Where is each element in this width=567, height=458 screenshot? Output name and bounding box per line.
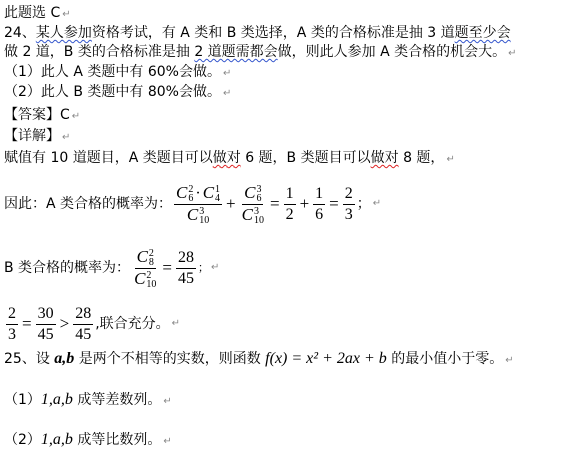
paragraph-mark-icon: ↵ [172, 315, 180, 333]
text: （1） [4, 392, 41, 408]
comparison-line: 23 = 3045 > 2845 ,联合充分。↵ [4, 300, 180, 348]
fraction: 16 [313, 184, 325, 225]
grammar-flag[interactable]: 题至少会 [455, 25, 511, 41]
text: ； [198, 259, 209, 277]
answer-line: 【答案】C↵ [4, 106, 80, 126]
paragraph-mark-icon: ↵ [223, 68, 231, 79]
paragraph-mark-icon: ↵ [62, 9, 70, 20]
answer-line-prev: 此题选 C↵ [4, 4, 71, 24]
text: 25、设 [4, 351, 54, 367]
fraction: 2845 [73, 304, 93, 345]
a-probability-formula: C26·C14 C310 + C36 C310 = 12 + 16 = 23 [172, 182, 357, 226]
text: 做，则此人参加 A 类合格的机会大。 [278, 44, 506, 60]
detail-label: 【详解】↵ [4, 127, 70, 147]
text: 此题选 C [4, 5, 60, 21]
b-probability-formula: C28 C210 = 2845 [130, 247, 198, 290]
text: 成等比数列。 [73, 432, 161, 448]
fraction: C26·C14 C310 [174, 183, 222, 226]
text: 8 题， [399, 150, 445, 166]
text: 资格考试，有 A 类和 B 类选择，A 类的合格标准是抽 3 道 [92, 25, 455, 41]
comparison-formula: 23 = 3045 > 2845 [4, 304, 95, 345]
grammar-flag[interactable]: 某人参加 [36, 25, 92, 41]
paragraph-mark-icon: ↵ [163, 436, 171, 447]
text: B 类合格的概率为： [4, 259, 130, 277]
math-vars: 1,a,b [41, 431, 73, 448]
text: （2）此人 B 类题中有 80%会做。 [4, 84, 221, 100]
condition-1: （1）此人 A 类题中有 60%会做。↵ [4, 63, 231, 83]
fraction: 2845 [176, 248, 196, 289]
text: ； [357, 182, 371, 226]
paragraph-mark-icon: ↵ [62, 132, 70, 143]
text: 6 题，B 类题目可以 [241, 150, 371, 166]
q25-condition-2: （2）1,a,b 成等比数列。↵ [4, 429, 172, 453]
spelling-flag[interactable]: 做对 [213, 150, 241, 166]
question-25: 25、设 a,b 是两个不相等的实数，则函数 f(x) = x² + 2ax +… [4, 348, 514, 372]
text: 做 2 道，B 类的合格标准是抽 [4, 44, 194, 60]
paragraph-mark-icon: ↵ [211, 259, 219, 277]
text: （1）此人 A 类题中有 60%会做。 [4, 64, 221, 80]
text: 【答案】C [4, 107, 70, 123]
text: ,联合充分。 [95, 315, 169, 333]
spelling-flag[interactable]: 做对 [371, 150, 399, 166]
b-probability-line: B 类合格的概率为： C28 C210 = 2845 ；↵ [4, 244, 219, 292]
paragraph-mark-icon: ↵ [446, 154, 454, 165]
question-24-line1: 24、某人参加资格考试，有 A 类和 B 类选择，A 类的合格标准是抽 3 道题… [4, 24, 511, 42]
function-formula: f(x) = x² + 2ax + b [265, 350, 387, 367]
condition-2: （2）此人 B 类题中有 80%会做。↵ [4, 83, 231, 103]
paragraph-mark-icon: ↵ [223, 88, 231, 99]
text: 【详解】 [4, 128, 60, 144]
paragraph-mark-icon: ↵ [505, 355, 513, 366]
text: 成等差数列。 [73, 392, 161, 408]
grammar-flag[interactable]: 2 道题需都会 [194, 44, 277, 60]
fraction: 12 [284, 184, 296, 225]
fraction: C28 C210 [132, 247, 158, 290]
a-probability-line: 因此：A 类合格的概率为： C26·C14 C310 + C36 C310 = … [4, 180, 381, 228]
fraction: C36 C310 [240, 183, 266, 226]
text: 是两个不相等的实数，则函数 [74, 351, 265, 367]
fraction: 23 [343, 184, 355, 225]
math-vars: a,b [54, 350, 74, 367]
paragraph-mark-icon: ↵ [163, 396, 171, 407]
question-number: 24、 [4, 25, 36, 41]
paragraph-mark-icon: ↵ [72, 111, 80, 122]
detail-line1: 赋值有 10 道题目，A 类题目可以做对 6 题，B 类题目可以做对 8 题，↵ [4, 149, 455, 169]
math-vars: 1,a,b [41, 391, 73, 408]
fraction: 23 [6, 304, 18, 345]
fraction: 3045 [36, 304, 56, 345]
q25-condition-1: （1）1,a,b 成等差数列。↵ [4, 389, 172, 413]
text: （2） [4, 432, 41, 448]
question-24-line2: 做 2 道，B 类的合格标准是抽 2 道题需都会做，则此人参加 A 类合格的机会… [4, 43, 517, 63]
paragraph-mark-icon: ↵ [508, 48, 516, 59]
text: 的最小值小于零。 [387, 351, 503, 367]
text: 赋值有 10 道题目，A 类题目可以 [4, 150, 213, 166]
text: 因此：A 类合格的概率为： [4, 182, 172, 226]
paragraph-mark-icon: ↵ [373, 182, 381, 226]
